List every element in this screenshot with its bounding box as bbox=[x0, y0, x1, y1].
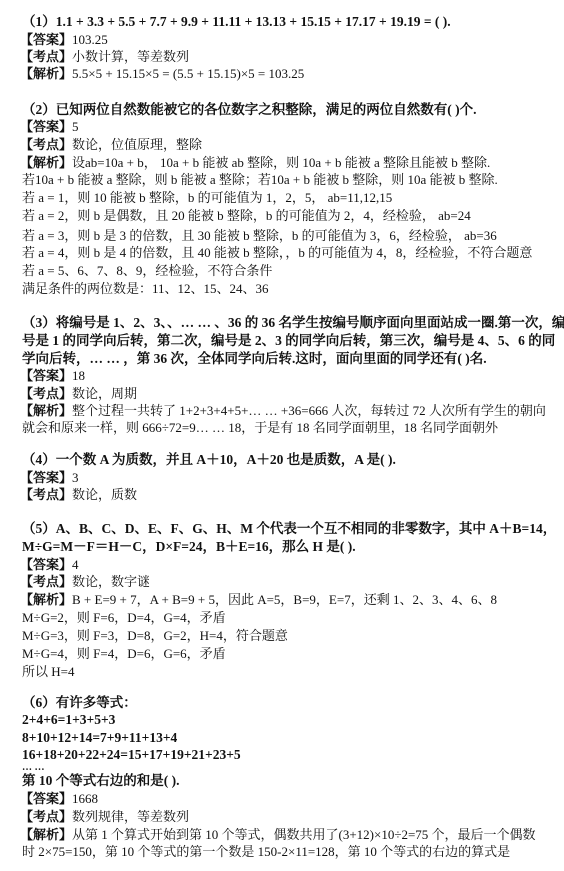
analysis-line: B + E=9 + 7，A + B=9 + 5，因此 A=5，B=9，E=7，还… bbox=[72, 592, 497, 607]
question-3-answer: 【答案】18 bbox=[20, 367, 558, 384]
question-4-answer: 【答案】3 bbox=[20, 469, 558, 486]
answer-value: 1668 bbox=[72, 791, 98, 806]
answer-value: 18 bbox=[72, 368, 85, 383]
analysis-line: 从第 1 个算式开始到第 10 个等式，偶数共用了(3+12)×10÷2=75 … bbox=[72, 827, 536, 842]
question-3-stem-line: 号是 1 的同学向后转，第二次，编号是 2、3 的同学向后转，第三次，编号是 4… bbox=[22, 332, 558, 349]
answer-value: 5 bbox=[72, 119, 79, 134]
question-5-stem-line: M÷G=M－F＝H－C，D×F=24，B＋E=16，那么 H 是( ). bbox=[22, 538, 558, 555]
question-1-answer: 【答案】103.25 bbox=[20, 31, 558, 48]
analysis-line: 若10a + b 能被 a 整除，则 b 能被 a 整除；若10a + b 能被… bbox=[22, 171, 558, 188]
analysis-line: 设ab=10a + b， 10a + b 能被 ab 整除，则 10a + b … bbox=[72, 155, 490, 170]
point-value: 数列规律，等差数列 bbox=[72, 809, 189, 824]
question-4-point: 【考点】数论，质数 bbox=[20, 486, 558, 503]
question-6-analysis: 【解析】从第 1 个算式开始到第 10 个等式，偶数共用了(3+12)×10÷2… bbox=[20, 826, 558, 843]
point-value: 数论，数字谜 bbox=[72, 574, 150, 589]
question-6-stem-line: 第 10 个等式右边的和是( ). bbox=[22, 772, 558, 789]
question-5-analysis: 【解析】B + E=9 + 7，A + B=9 + 5，因此 A=5，B=9，E… bbox=[20, 591, 558, 608]
analysis-label: 【解析】 bbox=[20, 155, 72, 170]
point-label: 【考点】 bbox=[20, 809, 72, 824]
answer-label: 【答案】 bbox=[20, 791, 72, 806]
analysis-label: 【解析】 bbox=[20, 66, 72, 81]
point-value: 数论，位值原理，整除 bbox=[72, 137, 202, 152]
point-label: 【考点】 bbox=[20, 386, 72, 401]
question-2-analysis: 【解析】设ab=10a + b， 10a + b 能被 ab 整除，则 10a … bbox=[20, 154, 558, 171]
analysis-line: 若 a = 3，则 b 是 3 的倍数，且 30 能被 b 整除，b 的可能值为… bbox=[22, 227, 558, 244]
question-6-equation: 2+4+6=1+3+5+3 bbox=[22, 711, 558, 728]
question-2-answer: 【答案】5 bbox=[20, 118, 558, 135]
analysis-line: 整个过程一共转了 1+2+3+4+5+… … +36=666 人次，每转过 72… bbox=[72, 403, 546, 418]
question-6-equation: 8+10+12+14=7+9+11+13+4 bbox=[22, 729, 558, 746]
analysis-line: M÷G=3，则 F=3，D=8，G=2，H=4，符合题意 bbox=[22, 627, 558, 644]
analysis-label: 【解析】 bbox=[20, 403, 72, 418]
question-2-stem: （2）已知两位自然数能被它的各位数字之积整除，满足的两位自然数有( )个. bbox=[22, 101, 558, 118]
question-6-stem-line: （6）有许多等式： bbox=[22, 694, 558, 711]
point-label: 【考点】 bbox=[20, 487, 72, 502]
question-1-analysis: 【解析】5.5×5 + 15.15×5 = (5.5 + 15.15)×5 = … bbox=[20, 65, 558, 82]
analysis-line: 若 a = 1，则 10 能被 b 整除，b 的可能值为 1，2，5， ab=1… bbox=[22, 189, 558, 206]
question-3-stem-line: （3）将编号是 1、2、3、、… … 、36 的 36 名学生按编号顺序面向里面… bbox=[22, 314, 558, 331]
question-6-equation: 16+18+20+22+24=15+17+19+21+23+5 bbox=[22, 746, 558, 763]
point-label: 【考点】 bbox=[20, 137, 72, 152]
point-value: 数论，质数 bbox=[72, 487, 137, 502]
question-5-point: 【考点】数论，数字谜 bbox=[20, 573, 558, 590]
point-value: 数论，周期 bbox=[72, 386, 137, 401]
answer-value: 3 bbox=[72, 470, 79, 485]
analysis-line: 满足条件的两位数是：11、12、15、24、36 bbox=[22, 280, 558, 297]
point-value: 小数计算，等差数列 bbox=[72, 49, 189, 64]
question-6-point: 【考点】数列规律，等差数列 bbox=[20, 808, 558, 825]
question-3-analysis: 【解析】整个过程一共转了 1+2+3+4+5+… … +36=666 人次，每转… bbox=[20, 402, 558, 419]
analysis-line: 若 a = 5、6、7、8、9，经检验，不符合条件 bbox=[22, 262, 558, 279]
analysis-line: 所以 H=4 bbox=[22, 663, 558, 680]
analysis-line: 若 a = 2，则 b 是偶数，且 20 能被 b 整除，b 的可能值为 2，4… bbox=[22, 207, 558, 224]
point-label: 【考点】 bbox=[20, 574, 72, 589]
analysis-line: 若 a = 4，则 b 是 4 的倍数，且 40 能被 b 整除，，b 的可能值… bbox=[22, 244, 558, 261]
analysis-line: 时 2×75=150，第 10 个等式的第一个数是 150-2×11=128，第… bbox=[22, 843, 558, 860]
question-2-point: 【考点】数论，位值原理，整除 bbox=[20, 136, 558, 153]
question-6-answer: 【答案】1668 bbox=[20, 790, 558, 807]
answer-label: 【答案】 bbox=[20, 470, 72, 485]
answer-label: 【答案】 bbox=[20, 32, 72, 47]
analysis-line: 就会和原来一样，则 666÷72=9… … 18，于是有 18 名同学面朝里，1… bbox=[22, 419, 558, 436]
answer-label: 【答案】 bbox=[20, 119, 72, 134]
answer-label: 【答案】 bbox=[20, 368, 72, 383]
question-3-stem-line: 学向后转，… … ，第 36 次，全体同学向后转.这时，面向里面的同学还有( )… bbox=[22, 350, 558, 367]
point-label: 【考点】 bbox=[20, 49, 72, 64]
question-1-stem: （1）1.1 + 3.3 + 5.5 + 7.7 + 9.9 + 11.11 +… bbox=[22, 13, 558, 30]
answer-value: 103.25 bbox=[72, 32, 108, 47]
question-4-stem: （4）一个数 A 为质数，并且 A＋10，A＋20 也是质数，A 是( ). bbox=[22, 451, 558, 468]
analysis-line: M÷G=4，则 F=4，D=6，G=6，矛盾 bbox=[22, 645, 558, 662]
analysis-label: 【解析】 bbox=[20, 592, 72, 607]
question-1-point: 【考点】小数计算，等差数列 bbox=[20, 48, 558, 65]
analysis-line: M÷G=2，则 F=6，D=4，G=4，矛盾 bbox=[22, 609, 558, 626]
question-3-point: 【考点】数论，周期 bbox=[20, 385, 558, 402]
analysis-line: 5.5×5 + 15.15×5 = (5.5 + 15.15)×5 = 103.… bbox=[72, 66, 304, 81]
answer-value: 4 bbox=[72, 557, 79, 572]
question-5-stem-line: （5）A、B、C、D、E、F、G、H、M 个代表一个互不相同的非零数字，其中 A… bbox=[22, 520, 558, 537]
answer-label: 【答案】 bbox=[20, 557, 72, 572]
question-5-answer: 【答案】4 bbox=[20, 556, 558, 573]
analysis-label: 【解析】 bbox=[20, 827, 72, 842]
